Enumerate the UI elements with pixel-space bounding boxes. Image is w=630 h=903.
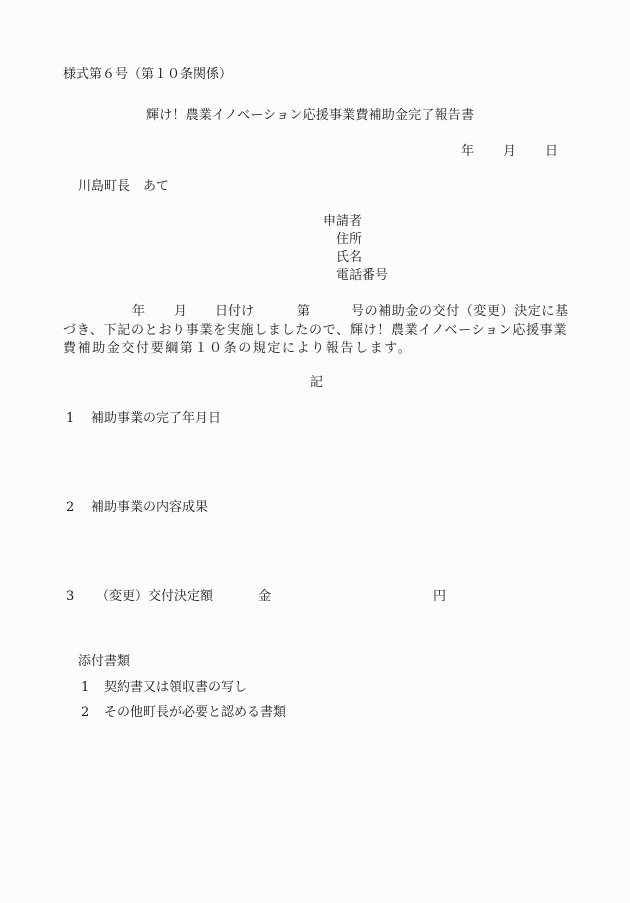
date-year-label: 年: [461, 145, 474, 158]
attachment-label: その他町長が必要と認める書類: [104, 706, 286, 719]
item-number: 3: [66, 590, 74, 603]
document-title: 輝け！農業イノベーション応援事業費補助金完了報告書: [146, 109, 474, 122]
item-label: 補助事業の内容成果: [91, 501, 208, 514]
applicant-name-label: 氏名: [336, 251, 362, 264]
item-label: （変更）交付決定額: [96, 590, 213, 603]
decision-year-label: 年: [132, 305, 145, 318]
ki-heading: 記: [310, 376, 323, 389]
applicant-phone-label: 電話番号: [336, 269, 388, 282]
body-line-1: 年 月 日付け 第 号の補助金の交付（変更）決定に基: [63, 305, 567, 321]
applicant-address-label: 住所: [336, 233, 362, 246]
amount-prefix: 金: [258, 590, 271, 603]
decision-date-suffix: 日付け: [215, 305, 254, 318]
attachment-number: 1: [81, 681, 89, 694]
date-month-label: 月: [503, 145, 516, 158]
item-label: 補助事業の完了年月日: [91, 412, 221, 425]
attachment-number: 2: [81, 706, 89, 719]
decision-month-label: 月: [174, 305, 187, 318]
amount-unit: 円: [433, 590, 446, 603]
attachments-heading: 添付書類: [78, 655, 130, 668]
item-number: 2: [66, 501, 74, 514]
applicant-heading: 申請者: [323, 215, 362, 228]
decision-dai-label: 第: [297, 305, 310, 318]
date-day-label: 日: [545, 145, 558, 158]
attachment-label: 契約書又は領収書の写し: [104, 681, 247, 694]
body-line-3: 費補助金交付要綱第１０条の規定により報告します。: [63, 342, 567, 355]
addressee: 川島町長 あて: [78, 180, 169, 193]
item-number: 1: [66, 412, 74, 425]
body-line-2: づき、下記のとおり事業を実施しましたので、輝け！農業イノベーション応援事業: [63, 324, 567, 337]
decision-rest-text: 号の補助金の交付（変更）決定に基: [351, 305, 569, 318]
form-number: 様式第６号（第１０条関係）: [63, 68, 232, 81]
